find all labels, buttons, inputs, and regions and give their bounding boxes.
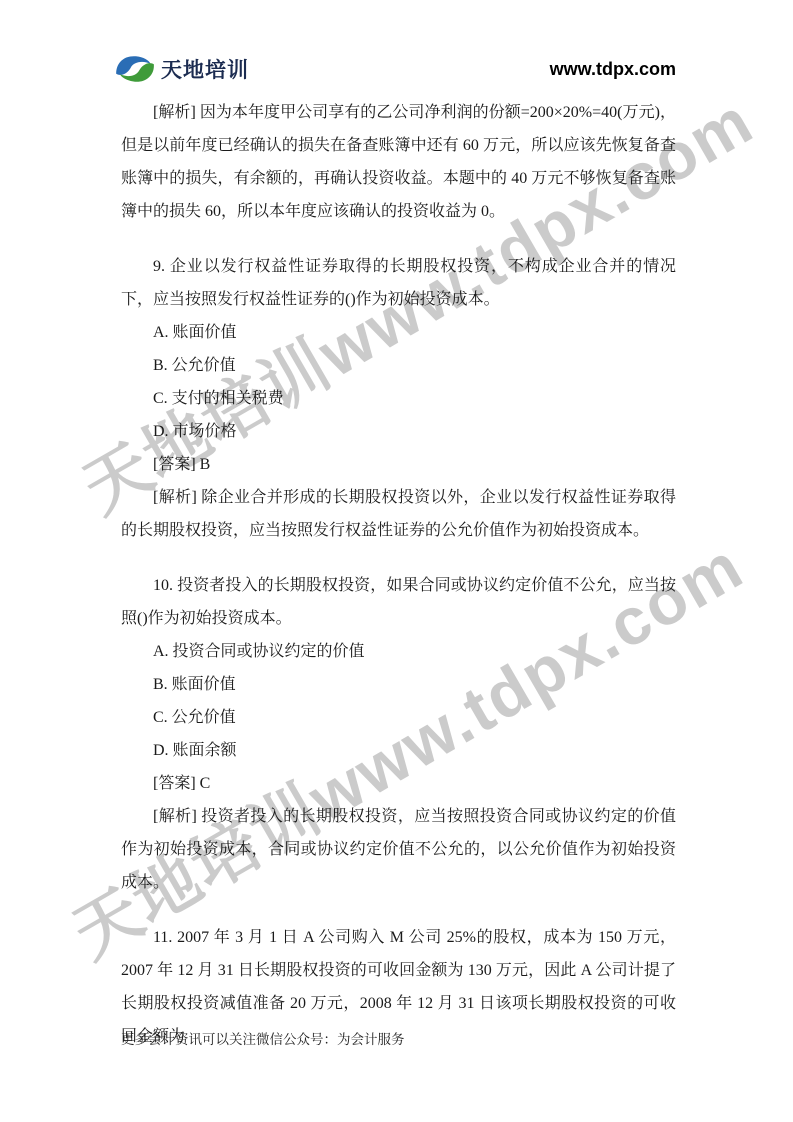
- option-b: B. 公允价值: [121, 349, 676, 382]
- option-b: B. 账面价值: [121, 668, 676, 701]
- analysis-paragraph: [解析] 投资者投入的长期股权投资，应当按照投资合同或协议约定的价值作为初始投资…: [121, 800, 676, 899]
- option-d: D. 账面余额: [121, 734, 676, 767]
- question-stem: 10. 投资者投入的长期股权投资，如果合同或协议约定价值不公允，应当按照()作为…: [121, 569, 676, 635]
- footer-note: 更多会计资讯可以关注微信公众号：为会计服务: [121, 1028, 405, 1048]
- logo-swirl-icon: [114, 53, 156, 85]
- question-number: 10.: [153, 577, 173, 594]
- question-stem-text: 企业以发行权益性证券取得的长期股权投资，不构成企业合并的情况下，应当按照发行权益…: [121, 258, 676, 308]
- page-header: 天地培训 www.tdpx.com: [114, 48, 676, 90]
- question-stem: 9. 企业以发行权益性证券取得的长期股权投资，不构成企业合并的情况下，应当按照发…: [121, 250, 676, 316]
- analysis-paragraph: [解析] 因为本年度甲公司享有的乙公司净利润的份额=200×20%=40(万元)…: [121, 96, 676, 228]
- answer-line: [答案] C: [121, 767, 676, 800]
- option-a: A. 账面价值: [121, 316, 676, 349]
- question-stem-text: 投资者投入的长期股权投资，如果合同或协议约定价值不公允，应当按照()作为初始投资…: [121, 577, 676, 627]
- question-9: 9. 企业以发行权益性证券取得的长期股权投资，不构成企业合并的情况下，应当按照发…: [121, 250, 676, 547]
- option-c: C. 公允价值: [121, 701, 676, 734]
- option-c: C. 支付的相关税费: [121, 382, 676, 415]
- header-website-url: www.tdpx.com: [550, 59, 676, 80]
- option-d: D. 市场价格: [121, 415, 676, 448]
- logo: 天地培训: [114, 53, 249, 85]
- page-footer: 更多会计资讯可以关注微信公众号：为会计服务: [121, 1028, 405, 1048]
- question-number: 9.: [153, 258, 165, 275]
- logo-text: 天地培训: [161, 54, 249, 84]
- question-10: 10. 投资者投入的长期股权投资，如果合同或协议约定价值不公允，应当按照()作为…: [121, 569, 676, 899]
- analysis-paragraph: [解析] 除企业合并形成的长期股权投资以外，企业以发行权益性证券取得的长期股权投…: [121, 481, 676, 547]
- answer-line: [答案] B: [121, 448, 676, 481]
- document-page: 天地培训www.tdpx.com 天地培训www.tdpx.com 天地培训 w…: [0, 0, 793, 1122]
- option-a: A. 投资合同或协议约定的价值: [121, 635, 676, 668]
- document-content: [解析] 因为本年度甲公司享有的乙公司净利润的份额=200×20%=40(万元)…: [121, 96, 676, 1053]
- question-number: 11.: [153, 929, 172, 946]
